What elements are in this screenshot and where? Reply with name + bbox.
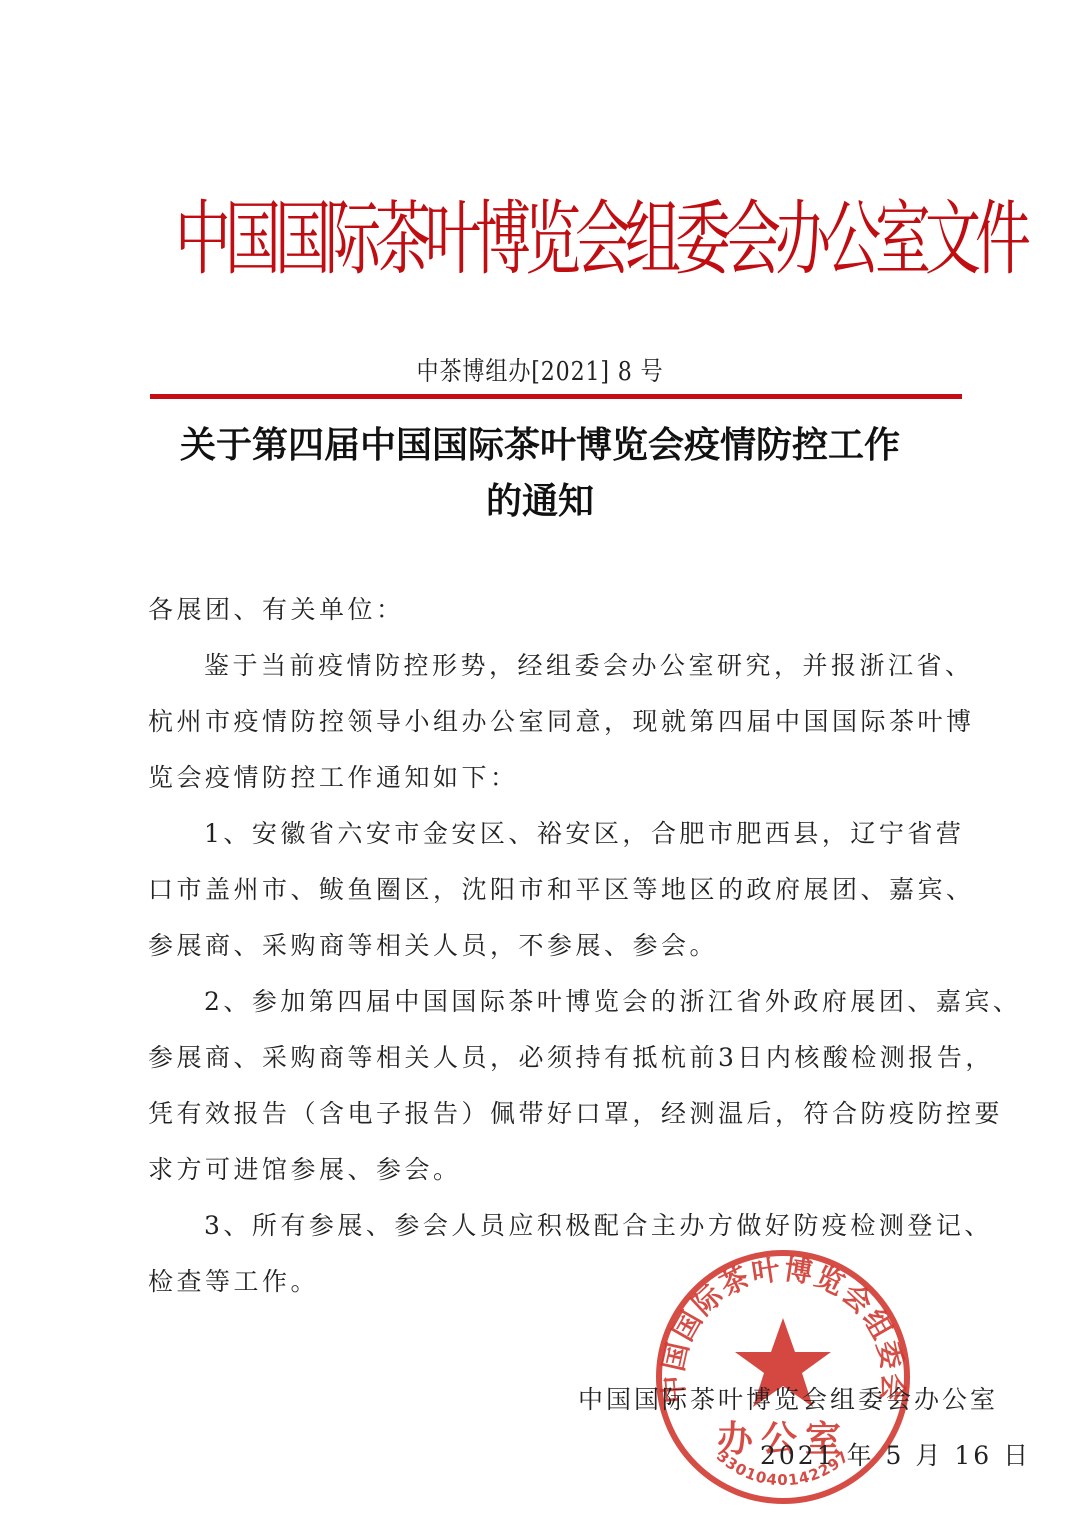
notice-title-line-2: 的通知	[0, 474, 1080, 530]
red-divider-rule	[150, 394, 962, 399]
notice-title-line-1: 关于第四届中国国际茶叶博览会疫情防控工作	[0, 418, 1080, 474]
body-line: 求方可进馆参展、参会。	[148, 1150, 462, 1190]
body-line: 参展商、采购商等相关人员，不参展、参会。	[148, 926, 718, 966]
body-line: 参展商、采购商等相关人员，必须持有抵杭前3日内核酸检测报告，	[148, 1038, 994, 1078]
signing-date: 2021 年 5 月 16 日	[760, 1436, 1031, 1472]
document-header-title: 中国国际茶叶博览会组委会办公室文件	[175, 161, 945, 321]
signing-organization: 中国国际茶叶博览会组委会办公室	[578, 1380, 998, 1416]
body-line: 3、所有参展、参会人员应积极配合主办方做好防疫检测登记、	[148, 1206, 993, 1246]
body-line: 口市盖州市、鲅鱼圈区，沈阳市和平区等地区的政府展团、嘉宾、	[148, 870, 975, 910]
body-line: 2、参加第四届中国国际茶叶博览会的浙江省外政府展团、嘉宾、	[148, 982, 1021, 1022]
body-line: 杭州市疫情防控领导小组办公室同意，现就第四届中国国际茶叶博	[148, 702, 975, 742]
body-line: 鉴于当前疫情防控形势，经组委会办公室研究，并报浙江省、	[148, 646, 974, 686]
body-line: 览会疫情防控工作通知如下：	[148, 758, 519, 798]
notice-title: 关于第四届中国国际茶叶博览会疫情防控工作 的通知	[0, 418, 1080, 530]
body-line: 1、安徽省六安市金安区、裕安区，合肥市肥西县，辽宁省营	[148, 814, 964, 854]
body-line: 检查等工作。	[148, 1262, 319, 1302]
document-number: 中茶博组办[2021] 8 号	[81, 352, 999, 392]
body-line: 凭有效报告（含电子报告）佩带好口罩，经测温后，符合防疫防控要	[148, 1094, 1003, 1134]
salutation: 各展团、有关单位：	[148, 590, 405, 630]
